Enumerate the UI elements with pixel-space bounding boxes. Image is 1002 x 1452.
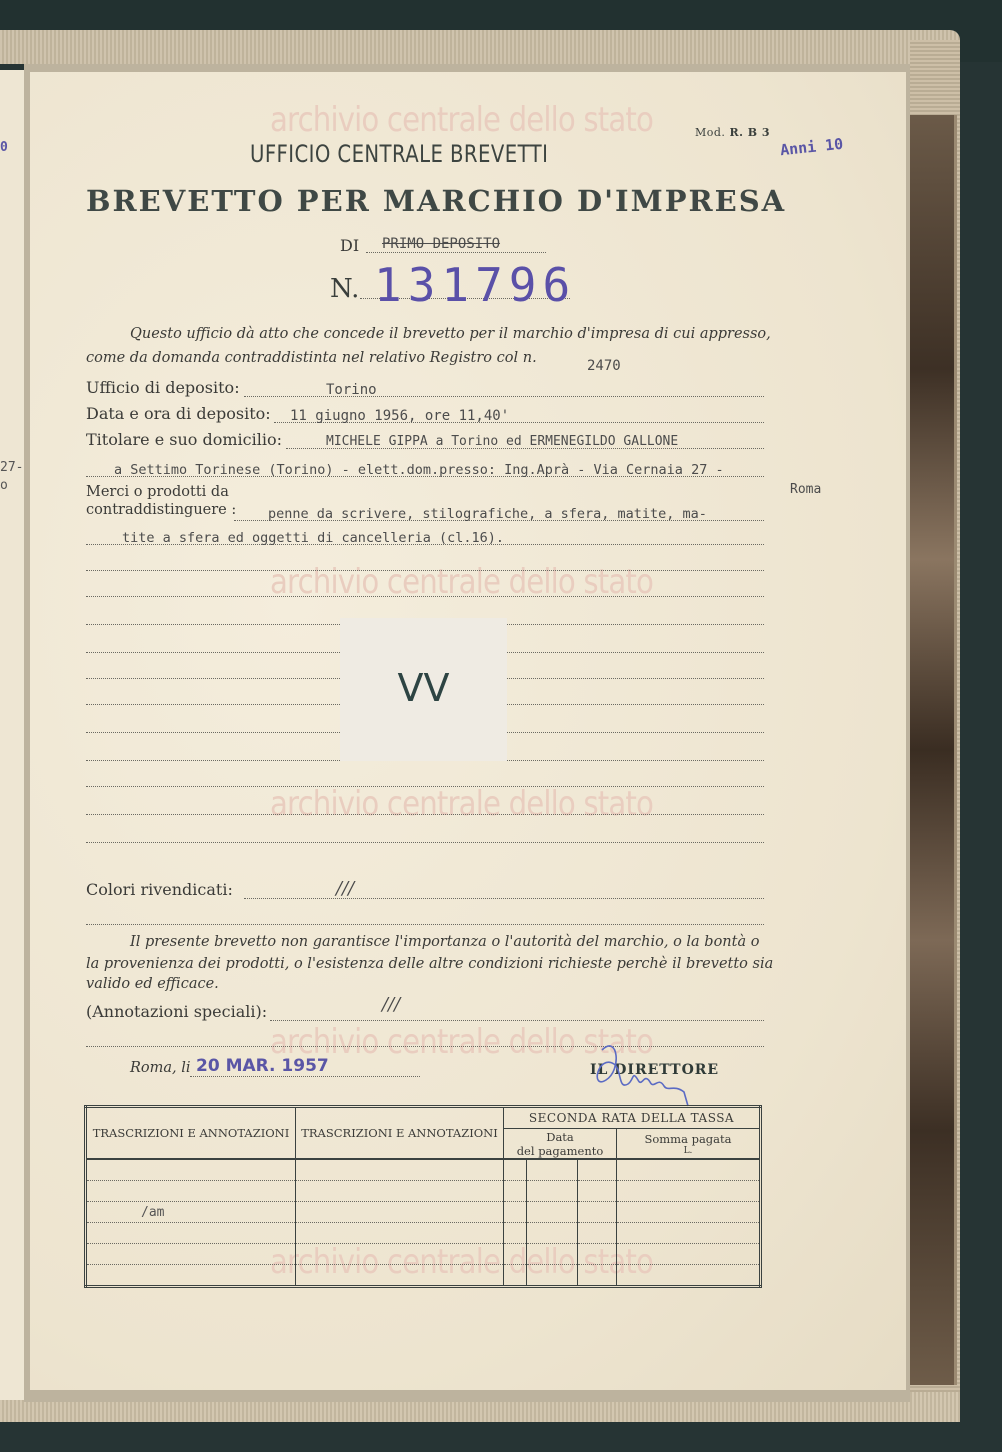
watermark: archivio centrale dello stato <box>270 100 653 140</box>
table-row <box>86 1181 761 1202</box>
table-row <box>86 1244 761 1265</box>
table-row: /am <box>86 1202 761 1223</box>
column-header-amount: Somma pagata L. <box>617 1129 761 1159</box>
data-value: 11 giugno 1956, ore 11,40' <box>290 408 509 424</box>
date-stamp: 20 MAR. 1957 <box>196 1056 329 1076</box>
disclaimer-text: valido ed efficace. <box>86 976 219 992</box>
registro-number: 2470 <box>587 358 621 374</box>
di-label: DI <box>340 236 359 255</box>
colori-value: /// <box>336 878 354 899</box>
titolare-value: Roma <box>790 482 821 497</box>
merci-value: tite a sfera ed oggetti di cancelleria (… <box>122 530 504 546</box>
signature <box>588 1040 708 1110</box>
ufficio-value: Torino <box>326 382 377 398</box>
table-row <box>86 1159 761 1181</box>
disclaimer-text: Il presente brevetto non garantisce l'im… <box>130 934 759 950</box>
data-label: Data e ora di deposito: <box>86 404 271 423</box>
place-label: Roma, li <box>130 1060 191 1076</box>
annotazioni-value: /// <box>382 994 400 1015</box>
disclaimer-text: la provenienza dei prodotti, o l'esisten… <box>86 956 773 972</box>
column-header-date: Data del pagamento <box>504 1129 617 1159</box>
merci-value: penne da scrivere, stilografiche, a sfer… <box>268 506 707 522</box>
office-name: UFFICIO CENTRALE BREVETTI <box>250 140 548 168</box>
merci-label: Merci o prodotti da <box>86 484 229 500</box>
trademark-specimen: VV <box>340 618 507 761</box>
form-code: Mod. R. B 3 <box>695 126 770 139</box>
column-group-header: SECONDA RATA DELLA TASSA <box>504 1107 761 1129</box>
colori-label: Colori rivendicati: <box>86 880 233 899</box>
binding-tape-top <box>0 30 960 64</box>
patent-number: 131796 <box>374 258 576 312</box>
ufficio-label: Ufficio di deposito: <box>86 378 240 397</box>
titolare-label: Titolare e suo domicilio: <box>86 430 282 449</box>
adjacent-page: 0 27- o <box>0 70 27 1400</box>
column-header: TRASCRIZIONI E ANNOTAZIONI <box>296 1107 504 1160</box>
binder-spine <box>908 115 957 1385</box>
column-header: TRASCRIZIONI E ANNOTAZIONI <box>86 1107 296 1160</box>
deposit-type: PRIMO DEPOSITO <box>382 236 500 252</box>
trademark-text: VV <box>340 666 507 710</box>
years-stamp: Anni 10 <box>779 135 844 160</box>
transcriptions-table: TRASCRIZIONI E ANNOTAZIONI TRASCRIZIONI … <box>84 1105 762 1288</box>
watermark: archivio centrale dello stato <box>270 784 653 824</box>
left-page-fragment: 0 <box>0 140 8 155</box>
left-page-fragment: 27- <box>0 460 23 475</box>
annotazioni-label: (Annotazioni speciali): <box>86 1002 267 1021</box>
table-row <box>86 1265 761 1287</box>
document-title: BREVETTO PER MARCHIO D'IMPRESA <box>86 184 786 218</box>
intro-text: come da domanda contraddistinta nel rela… <box>86 350 537 366</box>
titolare-value: MICHELE GIPPA a Torino ed ERMENEGILDO GA… <box>326 434 678 449</box>
merci-label: contraddistinguere : <box>86 502 236 518</box>
number-label: N. <box>330 274 359 304</box>
titolare-value: a Settimo Torinese (Torino) - elett.dom.… <box>114 462 724 478</box>
intro-text: Questo ufficio dà atto che concede il br… <box>130 326 771 342</box>
table-row <box>86 1223 761 1244</box>
left-page-fragment: o <box>0 478 8 493</box>
